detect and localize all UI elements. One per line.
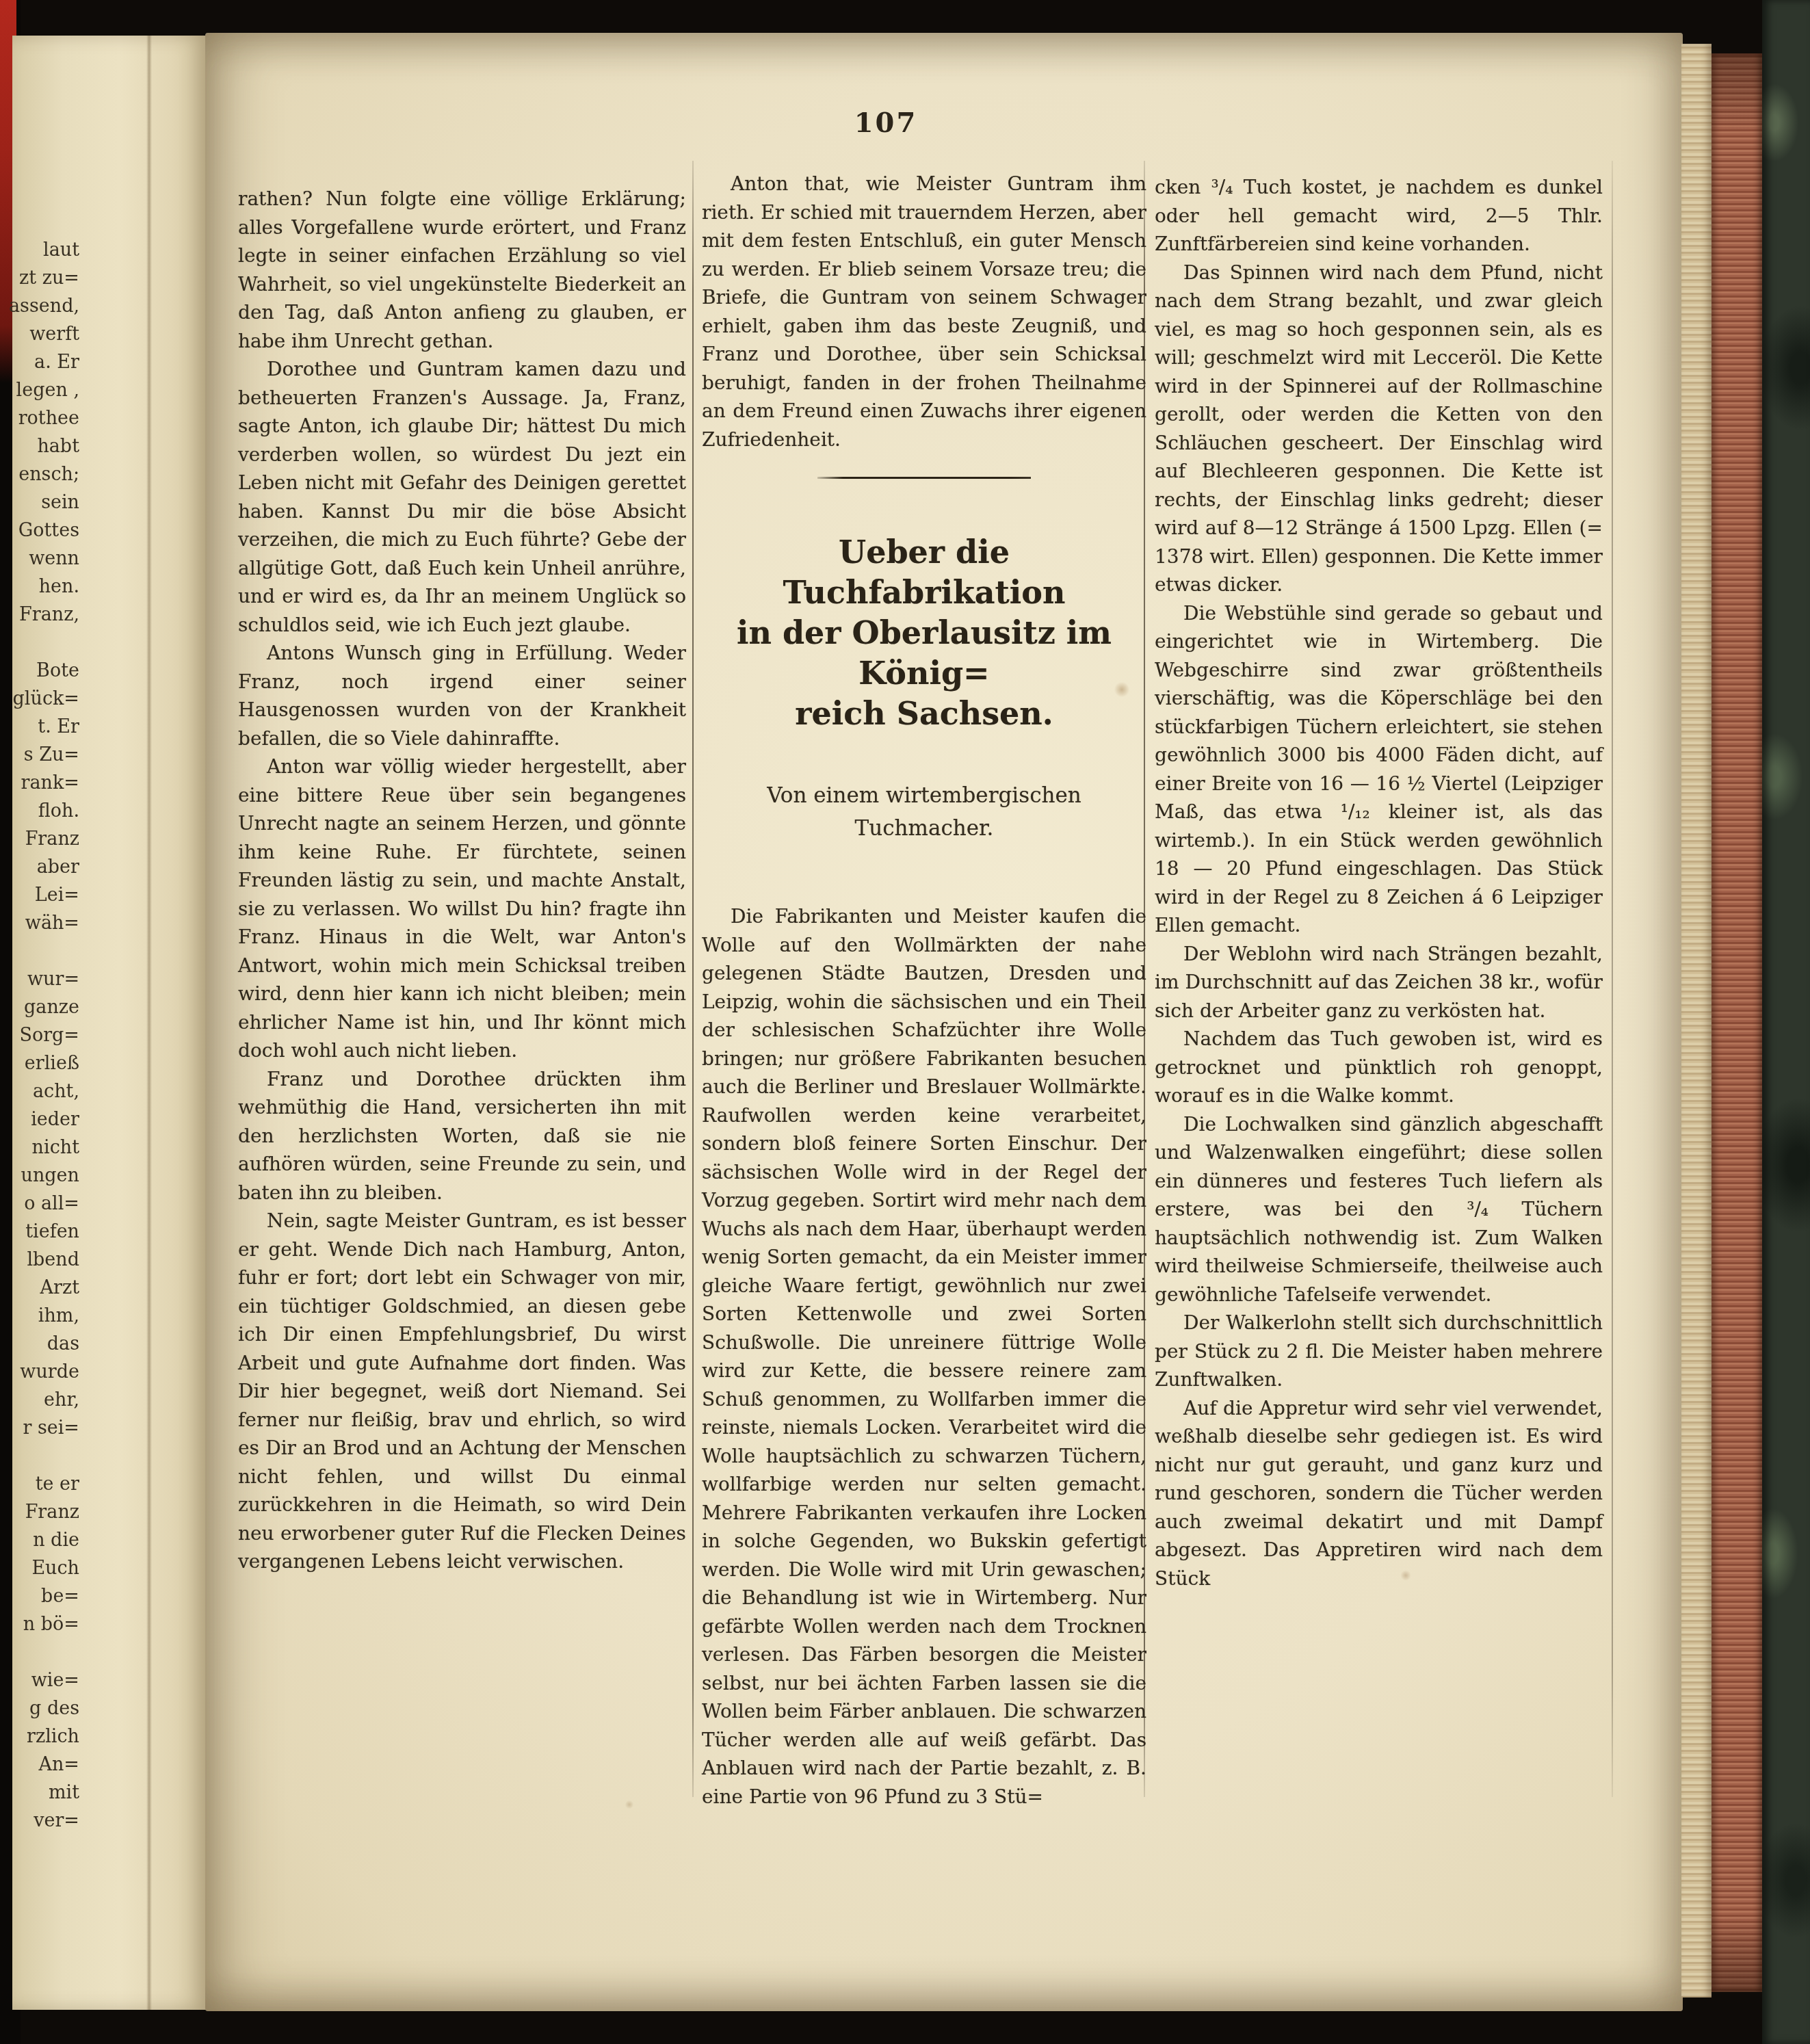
text-column-3: cken ³/₄ Tuch kostet, je nachdem es dunk… — [1155, 173, 1603, 1593]
article-heading: Ueber die Tuchfabrikation in der Oberlau… — [702, 532, 1146, 734]
article-paragraph: Auf die Appretur wird sehr viel verwende… — [1155, 1394, 1603, 1593]
marbled-cover-edge — [1762, 0, 1810, 2044]
column-rule-2 — [1144, 161, 1145, 1797]
story-paragraph: Dorothee und Guntram kamen dazu und beth… — [238, 355, 686, 639]
text-column-2: Anton that, wie Meister Guntram ihm riet… — [702, 170, 1146, 1811]
article-paragraph: Die Fabrikanten und Meister kaufen die W… — [702, 902, 1146, 1811]
page-crease — [146, 36, 152, 2010]
text-column-1: rathen? Nun folgte eine völlige Erklärun… — [238, 185, 686, 1576]
page-number: 107 — [845, 107, 927, 139]
article-paragraph: Die Webstühle sind gerade so gebaut und … — [1155, 599, 1603, 940]
column-rule-3 — [1612, 161, 1613, 1797]
article-paragraph: Nachdem das Tuch gewoben ist, wird es ge… — [1155, 1025, 1603, 1110]
story-paragraph: Franz und Dorothee drückten ihm wehmüthi… — [238, 1065, 686, 1207]
section-divider — [817, 477, 1031, 479]
page-edge-stack — [1681, 44, 1711, 1997]
article-byline: Von einem wirtembergischen Tuchmacher. — [702, 779, 1146, 845]
story-paragraph: Antons Wunsch ging in Erfüllung. Weder F… — [238, 639, 686, 752]
story-paragraph: Anton war völlig wieder hergestellt, abe… — [238, 752, 686, 1065]
article-paragraph: Der Walkerlohn stellt sich durchschnittl… — [1155, 1309, 1603, 1394]
article-paragraph: cken ³/₄ Tuch kostet, je nachdem es dunk… — [1155, 173, 1603, 259]
story-paragraph: Nein, sagte Meister Guntram, es ist bess… — [238, 1207, 686, 1576]
book-page: 107 rathen? Nun folgte eine völlige Erkl… — [205, 33, 1683, 2011]
column-rule-1 — [692, 161, 694, 1797]
left-page-line-fragments: laut zt zu= assend, werft a. Er legen , … — [8, 236, 79, 1835]
article-paragraph: Die Lochwalken sind gänzlich abgeschafft… — [1155, 1110, 1603, 1309]
book-scan: { "page": { "number": "107" }, "colors":… — [0, 0, 1810, 2044]
fore-edge-red — [1711, 53, 1762, 1992]
article-paragraph: Das Spinnen wird nach dem Pfund, nicht n… — [1155, 259, 1603, 599]
story-paragraph: Anton that, wie Meister Guntram ihm riet… — [702, 170, 1146, 454]
left-page-sliver: laut zt zu= assend, werft a. Er legen , … — [12, 36, 207, 2010]
story-paragraph: rathen? Nun folgte eine völlige Erklärun… — [238, 185, 686, 355]
article-paragraph: Der Weblohn wird nach Strängen bezahlt, … — [1155, 940, 1603, 1025]
